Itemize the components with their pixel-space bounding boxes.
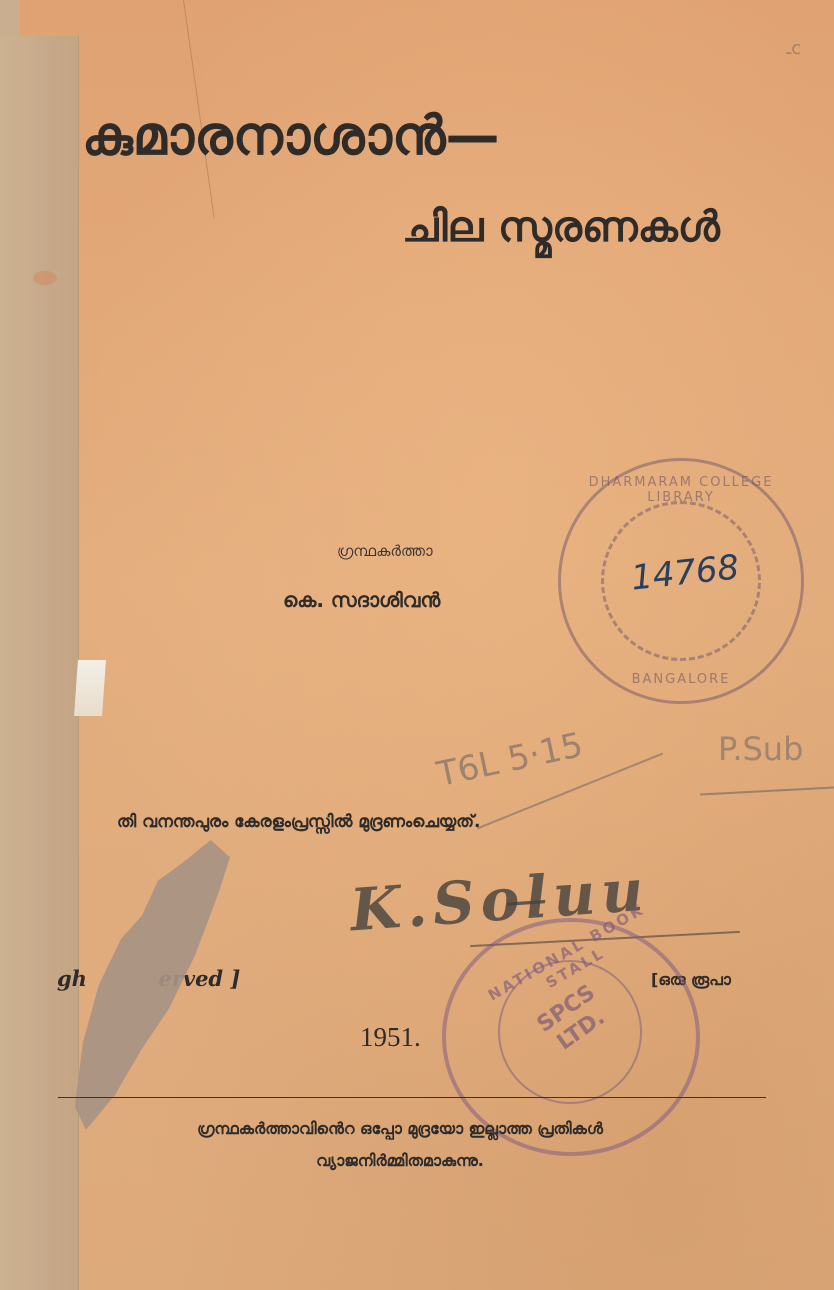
author-label: ഗ്രന്ഥകർത്താ: [337, 542, 433, 560]
printer-line-end: .: [474, 812, 480, 832]
copy-authenticity-notice: ഗ്രന്ഥകർത്താവിൻെറ ഒപ്പോ മുദ്രയോ ഇല്ലാത്ത…: [90, 1113, 710, 1177]
book-subtitle: ചില സ്മരണകൾ: [402, 202, 720, 252]
stain-spot: [33, 271, 57, 285]
book-title: കുമാരനാശാൻ—: [82, 104, 500, 168]
pencil-note-right: P.Sub: [718, 730, 803, 768]
notice-line-1: ഗ്രന്ഥകർത്താവിൻെറ ഒപ്പോ മുദ്രയോ ഇല്ലാത്ത…: [90, 1113, 710, 1145]
pencil-corner-mark: ـc: [786, 38, 801, 59]
publication-year: 1951.: [360, 1022, 421, 1053]
library-stamp-bottom-text: BANGALORE: [561, 672, 801, 687]
pencil-note-call-number: T6L 5·15: [433, 725, 586, 795]
library-stamp: DHARMARAM COLLEGE LIBRARY 14768 BANGALOR…: [558, 458, 804, 704]
horizontal-rule: [58, 1097, 766, 1098]
author-name: കെ. സദാശിവൻ: [283, 588, 440, 612]
pencil-line-mark: [700, 786, 834, 795]
notice-line-2: വ്യാജനിർമ്മിതമാകുന്നു.: [90, 1145, 710, 1177]
binding-corner: [0, 0, 20, 36]
torn-white-patch: [74, 660, 106, 716]
printer-line-text: തി വനന്തപുരം കേരളംപ്രസ്സിൽ മുദ്രണംചെയ്യത…: [117, 812, 474, 832]
rights-text-start: gh: [57, 966, 87, 991]
binding-strip: [0, 36, 79, 1290]
printer-line: തി വനന്തപുരം കേരളംപ്രസ്സിൽ മുദ്രണംചെയ്യത…: [117, 812, 480, 832]
book-title-page: കുമാരനാശാൻ— ചില സ്മരണകൾ ഗ്രന്ഥകർത്താ കെ.…: [0, 0, 834, 1290]
